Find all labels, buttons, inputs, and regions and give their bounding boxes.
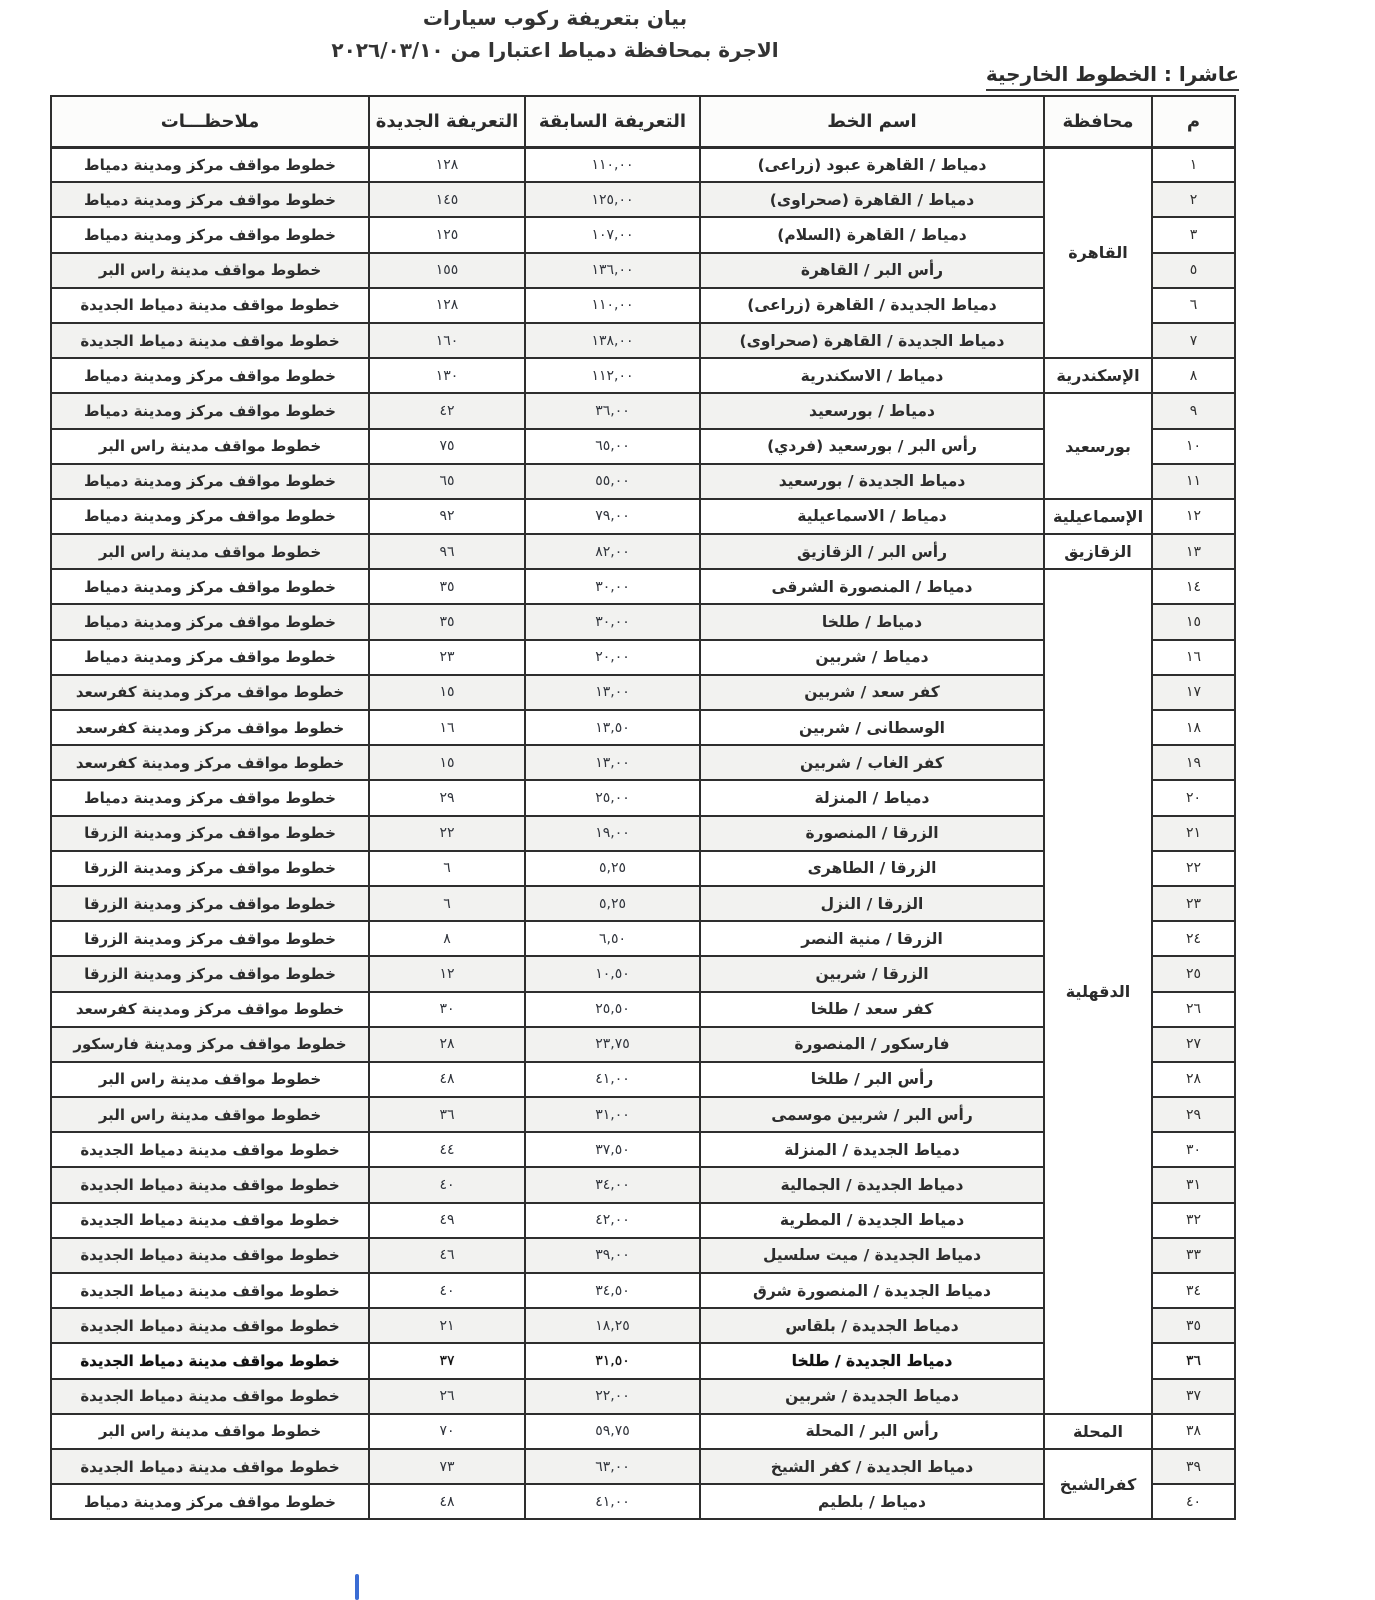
notes-cell: خطوط مواقف مركز ومدينة دمياط xyxy=(51,569,369,604)
line-name-cell: كفر سعد / طلخا xyxy=(700,992,1044,1027)
header-governorate: محافظة xyxy=(1044,96,1152,147)
row-number-cell: ٣٥ xyxy=(1152,1308,1235,1343)
notes-cell: خطوط مواقف مركز ومدينة دمياط xyxy=(51,147,369,182)
line-name-cell: رأس البر / المحلة xyxy=(700,1414,1044,1449)
new-tariff-cell: ١٢٥ xyxy=(369,217,525,252)
notes-cell: خطوط مواقف مدينة راس البر xyxy=(51,1414,369,1449)
previous-tariff-cell: ٢٢,٠٠ xyxy=(525,1379,700,1414)
notes-cell: خطوط مواقف مركز ومدينة دمياط xyxy=(51,1484,369,1519)
new-tariff-cell: ٧٣ xyxy=(369,1449,525,1484)
new-tariff-cell: ١٢٨ xyxy=(369,288,525,323)
row-number-cell: ٣٧ xyxy=(1152,1379,1235,1414)
notes-cell: خطوط مواقف مركز ومدينة كفرسعد xyxy=(51,745,369,780)
new-tariff-cell: ٩٦ xyxy=(369,534,525,569)
notes-cell: خطوط مواقف مدينة راس البر xyxy=(51,1097,369,1132)
new-tariff-cell: ٢٩ xyxy=(369,780,525,815)
row-number-cell: ١٩ xyxy=(1152,745,1235,780)
previous-tariff-cell: ١٨,٢٥ xyxy=(525,1308,700,1343)
row-number-cell: ٢١ xyxy=(1152,816,1235,851)
row-number-cell: ٦ xyxy=(1152,288,1235,323)
notes-cell: خطوط مواقف مركز ومدينة الزرقا xyxy=(51,956,369,991)
notes-cell: خطوط مواقف مدينة دمياط الجديدة xyxy=(51,1343,369,1378)
previous-tariff-cell: ٨٢,٠٠ xyxy=(525,534,700,569)
new-tariff-cell: ٦ xyxy=(369,886,525,921)
governorate-cell: الدقهلية xyxy=(1044,569,1152,1414)
notes-cell: خطوط مواقف مركز ومدينة دمياط xyxy=(51,393,369,428)
section-heading: عاشرا : الخطوط الخارجية xyxy=(986,62,1239,91)
line-name-cell: رأس البر / بورسعيد (فردي) xyxy=(700,429,1044,464)
row-number-cell: ٣٢ xyxy=(1152,1203,1235,1238)
line-name-cell: رأس البر / شربين موسمى xyxy=(700,1097,1044,1132)
previous-tariff-cell: ٣٤,٥٠ xyxy=(525,1273,700,1308)
document-title: بيان بتعريفة ركوب سيارات xyxy=(295,2,815,34)
new-tariff-cell: ٢١ xyxy=(369,1308,525,1343)
new-tariff-cell: ٤٦ xyxy=(369,1238,525,1273)
new-tariff-cell: ١٦٠ xyxy=(369,323,525,358)
line-name-cell: رأس البر / القاهرة xyxy=(700,253,1044,288)
previous-tariff-cell: ٥,٢٥ xyxy=(525,851,700,886)
new-tariff-cell: ١٤٥ xyxy=(369,182,525,217)
new-tariff-cell: ٤٩ xyxy=(369,1203,525,1238)
table-row: ١٤الدقهليةدمياط / المنصورة الشرقى٣٠,٠٠٣٥… xyxy=(51,569,1235,604)
new-tariff-cell: ٢٨ xyxy=(369,1027,525,1062)
row-number-cell: ١٧ xyxy=(1152,675,1235,710)
new-tariff-cell: ١٣٠ xyxy=(369,358,525,393)
line-name-cell: كفر سعد / شربين xyxy=(700,675,1044,710)
line-name-cell: دمياط / القاهرة (السلام) xyxy=(700,217,1044,252)
notes-cell: خطوط مواقف مركز ومدينة فارسكور xyxy=(51,1027,369,1062)
previous-tariff-cell: ١٠,٥٠ xyxy=(525,956,700,991)
notes-cell: خطوط مواقف مركز ومدينة دمياط xyxy=(51,182,369,217)
row-number-cell: ٣ xyxy=(1152,217,1235,252)
previous-tariff-cell: ١١٢,٠٠ xyxy=(525,358,700,393)
notes-cell: خطوط مواقف مدينة دمياط الجديدة xyxy=(51,323,369,358)
line-name-cell: دمياط الجديدة / بورسعيد xyxy=(700,464,1044,499)
notes-cell: خطوط مواقف مركز ومدينة الزرقا xyxy=(51,886,369,921)
notes-cell: خطوط مواقف مركز ومدينة دمياط xyxy=(51,780,369,815)
line-name-cell: دمياط الجديدة / المطرية xyxy=(700,1203,1044,1238)
governorate-cell: كفرالشيخ xyxy=(1044,1449,1152,1519)
table-row: ٩بورسعيددمياط / بورسعيد٣٦,٠٠٤٢خطوط مواقف… xyxy=(51,393,1235,428)
row-number-cell: ١٣ xyxy=(1152,534,1235,569)
new-tariff-cell: ٤٢ xyxy=(369,393,525,428)
row-number-cell: ١٦ xyxy=(1152,640,1235,675)
line-name-cell: دمياط / بلطيم xyxy=(700,1484,1044,1519)
new-tariff-cell: ١٥٥ xyxy=(369,253,525,288)
line-name-cell: دمياط الجديدة / طلخا xyxy=(700,1343,1044,1378)
previous-tariff-cell: ٣٩,٠٠ xyxy=(525,1238,700,1273)
notes-cell: خطوط مواقف مركز ومدينة دمياط xyxy=(51,640,369,675)
line-name-cell: دمياط الجديدة / القاهرة (صحراوى) xyxy=(700,323,1044,358)
row-number-cell: ٣٩ xyxy=(1152,1449,1235,1484)
row-number-cell: ٢٢ xyxy=(1152,851,1235,886)
previous-tariff-cell: ٦,٥٠ xyxy=(525,921,700,956)
previous-tariff-cell: ٢٥,٠٠ xyxy=(525,780,700,815)
document-header: بيان بتعريفة ركوب سيارات الاجرة بمحافظة … xyxy=(295,2,815,66)
line-name-cell: دمياط / بورسعيد xyxy=(700,393,1044,428)
header-row-number: م xyxy=(1152,96,1235,147)
new-tariff-cell: ٧٠ xyxy=(369,1414,525,1449)
line-name-cell: دمياط الجديدة / ميت سلسيل xyxy=(700,1238,1044,1273)
new-tariff-cell: ٣٥ xyxy=(369,569,525,604)
row-number-cell: ٩ xyxy=(1152,393,1235,428)
new-tariff-cell: ٤٠ xyxy=(369,1167,525,1202)
previous-tariff-cell: ١٣٨,٠٠ xyxy=(525,323,700,358)
line-name-cell: كفر الغاب / شربين xyxy=(700,745,1044,780)
notes-cell: خطوط مواقف مركز ومدينة كفرسعد xyxy=(51,675,369,710)
notes-cell: خطوط مواقف مركز ومدينة دمياط xyxy=(51,499,369,534)
previous-tariff-cell: ١٠٧,٠٠ xyxy=(525,217,700,252)
row-number-cell: ١٤ xyxy=(1152,569,1235,604)
previous-tariff-cell: ٦٥,٠٠ xyxy=(525,429,700,464)
document-subtitle: الاجرة بمحافظة دمياط اعتبارا من ٢٠٢٦/٠٣/… xyxy=(295,34,815,66)
previous-tariff-cell: ١١٠,٠٠ xyxy=(525,288,700,323)
row-number-cell: ٣١ xyxy=(1152,1167,1235,1202)
fare-table-body: ١القاهرةدمياط / القاهرة عبود (زراعى)١١٠,… xyxy=(51,147,1235,1519)
row-number-cell: ٢٥ xyxy=(1152,956,1235,991)
line-name-cell: دمياط / القاهرة عبود (زراعى) xyxy=(700,147,1044,182)
previous-tariff-cell: ٧٩,٠٠ xyxy=(525,499,700,534)
table-row: ١القاهرةدمياط / القاهرة عبود (زراعى)١١٠,… xyxy=(51,147,1235,182)
new-tariff-cell: ٢٢ xyxy=(369,816,525,851)
previous-tariff-cell: ٤١,٠٠ xyxy=(525,1484,700,1519)
header-notes: ملاحظـــات xyxy=(51,96,369,147)
new-tariff-cell: ٤٨ xyxy=(369,1062,525,1097)
row-number-cell: ٣٤ xyxy=(1152,1273,1235,1308)
line-name-cell: فارسكور / المنصورة xyxy=(700,1027,1044,1062)
previous-tariff-cell: ٣٠,٠٠ xyxy=(525,604,700,639)
row-number-cell: ٢٦ xyxy=(1152,992,1235,1027)
governorate-cell: المحلة xyxy=(1044,1414,1152,1449)
previous-tariff-cell: ٤٢,٠٠ xyxy=(525,1203,700,1238)
previous-tariff-cell: ٤١,٠٠ xyxy=(525,1062,700,1097)
notes-cell: خطوط مواقف مدينة دمياط الجديدة xyxy=(51,1273,369,1308)
notes-cell: خطوط مواقف مدينة دمياط الجديدة xyxy=(51,1449,369,1484)
row-number-cell: ٣٠ xyxy=(1152,1132,1235,1167)
line-name-cell: دمياط الجديدة / المنزلة xyxy=(700,1132,1044,1167)
notes-cell: خطوط مواقف مركز ومدينة كفرسعد xyxy=(51,710,369,745)
blue-pen-mark xyxy=(355,1574,359,1600)
new-tariff-cell: ١٥ xyxy=(369,675,525,710)
table-row: ١٣الزقازيقرأس البر / الزقازيق٨٢,٠٠٩٦خطوط… xyxy=(51,534,1235,569)
new-tariff-cell: ١٦ xyxy=(369,710,525,745)
previous-tariff-cell: ١٢٥,٠٠ xyxy=(525,182,700,217)
row-number-cell: ٢٣ xyxy=(1152,886,1235,921)
notes-cell: خطوط مواقف مدينة دمياط الجديدة xyxy=(51,1379,369,1414)
row-number-cell: ٢ xyxy=(1152,182,1235,217)
line-name-cell: دمياط / شربين xyxy=(700,640,1044,675)
previous-tariff-cell: ١٣,٠٠ xyxy=(525,745,700,780)
previous-tariff-cell: ٥,٢٥ xyxy=(525,886,700,921)
scanned-fare-document: { "page": { "title_line1": "بيان بتعريفة… xyxy=(0,0,1375,1600)
notes-cell: خطوط مواقف مدينة دمياط الجديدة xyxy=(51,1203,369,1238)
table-header-row: م محافظة اسم الخط التعريفة السابقة التعر… xyxy=(51,96,1235,147)
line-name-cell: دمياط الجديدة / القاهرة (زراعى) xyxy=(700,288,1044,323)
line-name-cell: دمياط / طلخا xyxy=(700,604,1044,639)
header-line-name: اسم الخط xyxy=(700,96,1044,147)
notes-cell: خطوط مواقف مدينة دمياط الجديدة xyxy=(51,288,369,323)
previous-tariff-cell: ٣٠,٠٠ xyxy=(525,569,700,604)
row-number-cell: ٢٨ xyxy=(1152,1062,1235,1097)
new-tariff-cell: ٣٦ xyxy=(369,1097,525,1132)
governorate-cell: الإسماعيلية xyxy=(1044,499,1152,534)
governorate-cell: القاهرة xyxy=(1044,147,1152,358)
new-tariff-cell: ٣٠ xyxy=(369,992,525,1027)
new-tariff-cell: ٣٥ xyxy=(369,604,525,639)
previous-tariff-cell: ١٣,٥٠ xyxy=(525,710,700,745)
notes-cell: خطوط مواقف مدينة راس البر xyxy=(51,1062,369,1097)
notes-cell: خطوط مواقف مدينة راس البر xyxy=(51,253,369,288)
line-name-cell: دمياط / الاسكندرية xyxy=(700,358,1044,393)
notes-cell: خطوط مواقف مدينة دمياط الجديدة xyxy=(51,1132,369,1167)
line-name-cell: دمياط / القاهرة (صحراوى) xyxy=(700,182,1044,217)
previous-tariff-cell: ٦٣,٠٠ xyxy=(525,1449,700,1484)
new-tariff-cell: ٧٥ xyxy=(369,429,525,464)
table-row: ٣٨المحلةرأس البر / المحلة٥٩,٧٥٧٠خطوط موا… xyxy=(51,1414,1235,1449)
row-number-cell: ٤٠ xyxy=(1152,1484,1235,1519)
previous-tariff-cell: ٣٧,٥٠ xyxy=(525,1132,700,1167)
notes-cell: خطوط مواقف مركز ومدينة الزرقا xyxy=(51,921,369,956)
row-number-cell: ٨ xyxy=(1152,358,1235,393)
line-name-cell: رأس البر / الزقازيق xyxy=(700,534,1044,569)
notes-cell: خطوط مواقف مدينة راس البر xyxy=(51,534,369,569)
previous-tariff-cell: ٢٣,٧٥ xyxy=(525,1027,700,1062)
line-name-cell: الزرقا / المنصورة xyxy=(700,816,1044,851)
previous-tariff-cell: ٣١,٥٠ xyxy=(525,1343,700,1378)
line-name-cell: الوسطانى / شربين xyxy=(700,710,1044,745)
line-name-cell: دمياط / المنصورة الشرقى xyxy=(700,569,1044,604)
new-tariff-cell: ٤٠ xyxy=(369,1273,525,1308)
row-number-cell: ١ xyxy=(1152,147,1235,182)
row-number-cell: ٢٤ xyxy=(1152,921,1235,956)
previous-tariff-cell: ١٣٦,٠٠ xyxy=(525,253,700,288)
table-row: ٨الإسكندريةدمياط / الاسكندرية١١٢,٠٠١٣٠خط… xyxy=(51,358,1235,393)
notes-cell: خطوط مواقف مركز ومدينة دمياط xyxy=(51,464,369,499)
row-number-cell: ٥ xyxy=(1152,253,1235,288)
row-number-cell: ٣٦ xyxy=(1152,1343,1235,1378)
new-tariff-cell: ٦٥ xyxy=(369,464,525,499)
previous-tariff-cell: ٣٦,٠٠ xyxy=(525,393,700,428)
notes-cell: خطوط مواقف مركز ومدينة الزرقا xyxy=(51,851,369,886)
line-name-cell: رأس البر / طلخا xyxy=(700,1062,1044,1097)
notes-cell: خطوط مواقف مدينة راس البر xyxy=(51,429,369,464)
new-tariff-cell: ٢٣ xyxy=(369,640,525,675)
line-name-cell: دمياط الجديدة / شربين xyxy=(700,1379,1044,1414)
new-tariff-cell: ٢٦ xyxy=(369,1379,525,1414)
governorate-cell: الزقازيق xyxy=(1044,534,1152,569)
notes-cell: خطوط مواقف مركز ومدينة دمياط xyxy=(51,217,369,252)
previous-tariff-cell: ١٩,٠٠ xyxy=(525,816,700,851)
line-name-cell: دمياط الجديدة / كفر الشيخ xyxy=(700,1449,1044,1484)
previous-tariff-cell: ٥٩,٧٥ xyxy=(525,1414,700,1449)
line-name-cell: الزرقا / شربين xyxy=(700,956,1044,991)
row-number-cell: ١٠ xyxy=(1152,429,1235,464)
table-row: ٣٩كفرالشيخدمياط الجديدة / كفر الشيخ٦٣,٠٠… xyxy=(51,1449,1235,1484)
previous-tariff-cell: ١٣,٠٠ xyxy=(525,675,700,710)
line-name-cell: دمياط الجديدة / بلقاس xyxy=(700,1308,1044,1343)
row-number-cell: ٢٠ xyxy=(1152,780,1235,815)
previous-tariff-cell: ٢٠,٠٠ xyxy=(525,640,700,675)
line-name-cell: الزرقا / الطاهرى xyxy=(700,851,1044,886)
line-name-cell: دمياط / المنزلة xyxy=(700,780,1044,815)
table-row: ١٢الإسماعيليةدمياط / الاسماعيلية٧٩,٠٠٩٢خ… xyxy=(51,499,1235,534)
previous-tariff-cell: ٣٤,٠٠ xyxy=(525,1167,700,1202)
header-previous-tariff: التعريفة السابقة xyxy=(525,96,700,147)
notes-cell: خطوط مواقف مركز ومدينة دمياط xyxy=(51,604,369,639)
row-number-cell: ١٥ xyxy=(1152,604,1235,639)
previous-tariff-cell: ٣١,٠٠ xyxy=(525,1097,700,1132)
previous-tariff-cell: ٥٥,٠٠ xyxy=(525,464,700,499)
new-tariff-cell: ٩٢ xyxy=(369,499,525,534)
governorate-cell: الإسكندرية xyxy=(1044,358,1152,393)
header-new-tariff: التعريفة الجديدة xyxy=(369,96,525,147)
line-name-cell: الزرقا / النزل xyxy=(700,886,1044,921)
row-number-cell: ٢٩ xyxy=(1152,1097,1235,1132)
row-number-cell: ٧ xyxy=(1152,323,1235,358)
new-tariff-cell: ٣٧ xyxy=(369,1343,525,1378)
new-tariff-cell: ١٥ xyxy=(369,745,525,780)
notes-cell: خطوط مواقف مركز ومدينة الزرقا xyxy=(51,816,369,851)
new-tariff-cell: ٤٤ xyxy=(369,1132,525,1167)
notes-cell: خطوط مواقف مركز ومدينة دمياط xyxy=(51,358,369,393)
new-tariff-cell: ١٢٨ xyxy=(369,147,525,182)
notes-cell: خطوط مواقف مدينة دمياط الجديدة xyxy=(51,1308,369,1343)
previous-tariff-cell: ١١٠,٠٠ xyxy=(525,147,700,182)
new-tariff-cell: ٤٨ xyxy=(369,1484,525,1519)
previous-tariff-cell: ٢٥,٥٠ xyxy=(525,992,700,1027)
line-name-cell: دمياط الجديدة / المنصورة شرق xyxy=(700,1273,1044,1308)
new-tariff-cell: ١٢ xyxy=(369,956,525,991)
row-number-cell: ١١ xyxy=(1152,464,1235,499)
row-number-cell: ١٢ xyxy=(1152,499,1235,534)
row-number-cell: ١٨ xyxy=(1152,710,1235,745)
line-name-cell: الزرقا / منية النصر xyxy=(700,921,1044,956)
notes-cell: خطوط مواقف مدينة دمياط الجديدة xyxy=(51,1167,369,1202)
line-name-cell: دمياط / الاسماعيلية xyxy=(700,499,1044,534)
new-tariff-cell: ٨ xyxy=(369,921,525,956)
row-number-cell: ٢٧ xyxy=(1152,1027,1235,1062)
new-tariff-cell: ٦ xyxy=(369,851,525,886)
line-name-cell: دمياط الجديدة / الجمالية xyxy=(700,1167,1044,1202)
row-number-cell: ٣٣ xyxy=(1152,1238,1235,1273)
fare-table: م محافظة اسم الخط التعريفة السابقة التعر… xyxy=(50,95,1236,1520)
notes-cell: خطوط مواقف مركز ومدينة كفرسعد xyxy=(51,992,369,1027)
notes-cell: خطوط مواقف مدينة دمياط الجديدة xyxy=(51,1238,369,1273)
row-number-cell: ٣٨ xyxy=(1152,1414,1235,1449)
governorate-cell: بورسعيد xyxy=(1044,393,1152,499)
